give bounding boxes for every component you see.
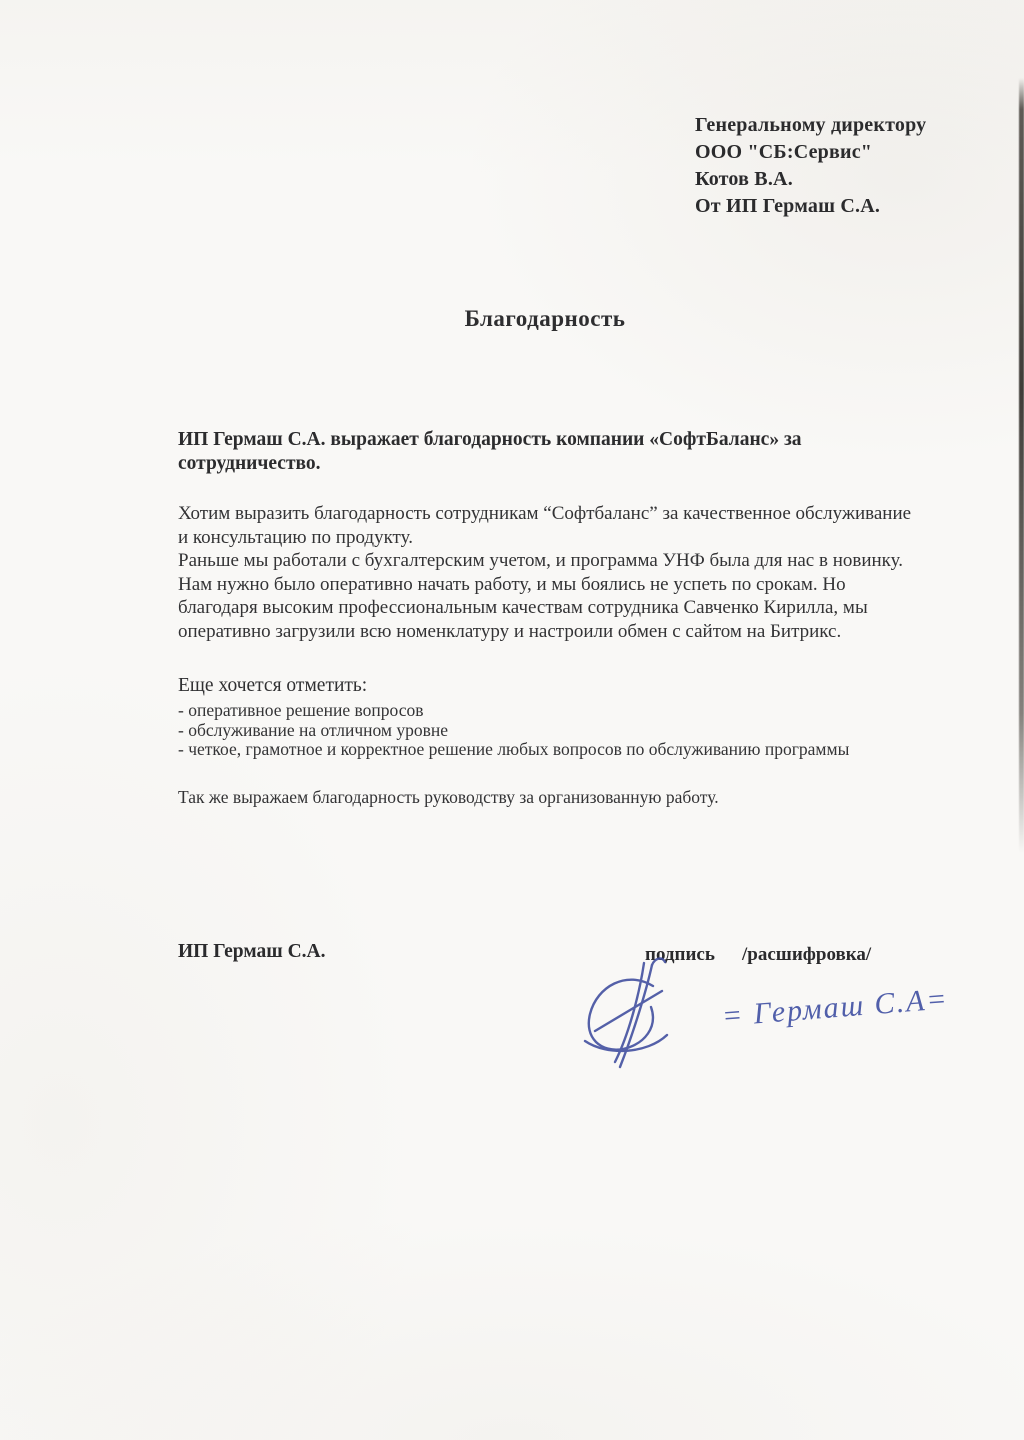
letter-body: ИП Гермаш С.А. выражает благодарность ко… bbox=[178, 428, 918, 808]
intro-paragraph: ИП Гермаш С.А. выражает благодарность ко… bbox=[178, 428, 883, 476]
list-heading: Еще хочется отметить: bbox=[178, 674, 918, 697]
recipient-line: Генеральному директору bbox=[695, 112, 926, 139]
recipient-line: Котов В.А. bbox=[695, 166, 926, 193]
body-paragraph-story: Раньше мы работали с бухгалтерским учето… bbox=[178, 549, 918, 643]
signatory-name: ИП Гермаш С.А. bbox=[178, 941, 326, 963]
recipient-block: Генеральному директору ООО "СБ:Сервис" К… bbox=[695, 112, 926, 220]
transcript-label: /расшифровка/ bbox=[742, 944, 871, 966]
list-item: - четкое, грамотное и корректное решение… bbox=[178, 740, 918, 760]
handwritten-signature-flourish bbox=[565, 952, 700, 1087]
list-item: - оперативное решение вопросов bbox=[178, 701, 918, 721]
recipient-line: ООО "СБ:Сервис" bbox=[695, 139, 926, 166]
list-item: - обслуживание на отличном уровне bbox=[178, 721, 918, 741]
letter-title: Благодарность bbox=[180, 306, 910, 332]
scanned-letter-page: Генеральному директору ООО "СБ:Сервис" К… bbox=[0, 0, 1024, 1440]
handwritten-name: = Гермаш С.А= bbox=[721, 982, 950, 1034]
scan-edge-shadow bbox=[1019, 78, 1024, 853]
recipient-line: От ИП Гермаш С.А. bbox=[695, 193, 926, 220]
body-paragraph-thanks: Хотим выразить благодарность сотрудникам… bbox=[178, 502, 918, 549]
bullet-list: - оперативное решение вопросов - обслужи… bbox=[178, 701, 918, 760]
closing-paragraph: Так же выражаем благодарность руководств… bbox=[178, 787, 918, 808]
